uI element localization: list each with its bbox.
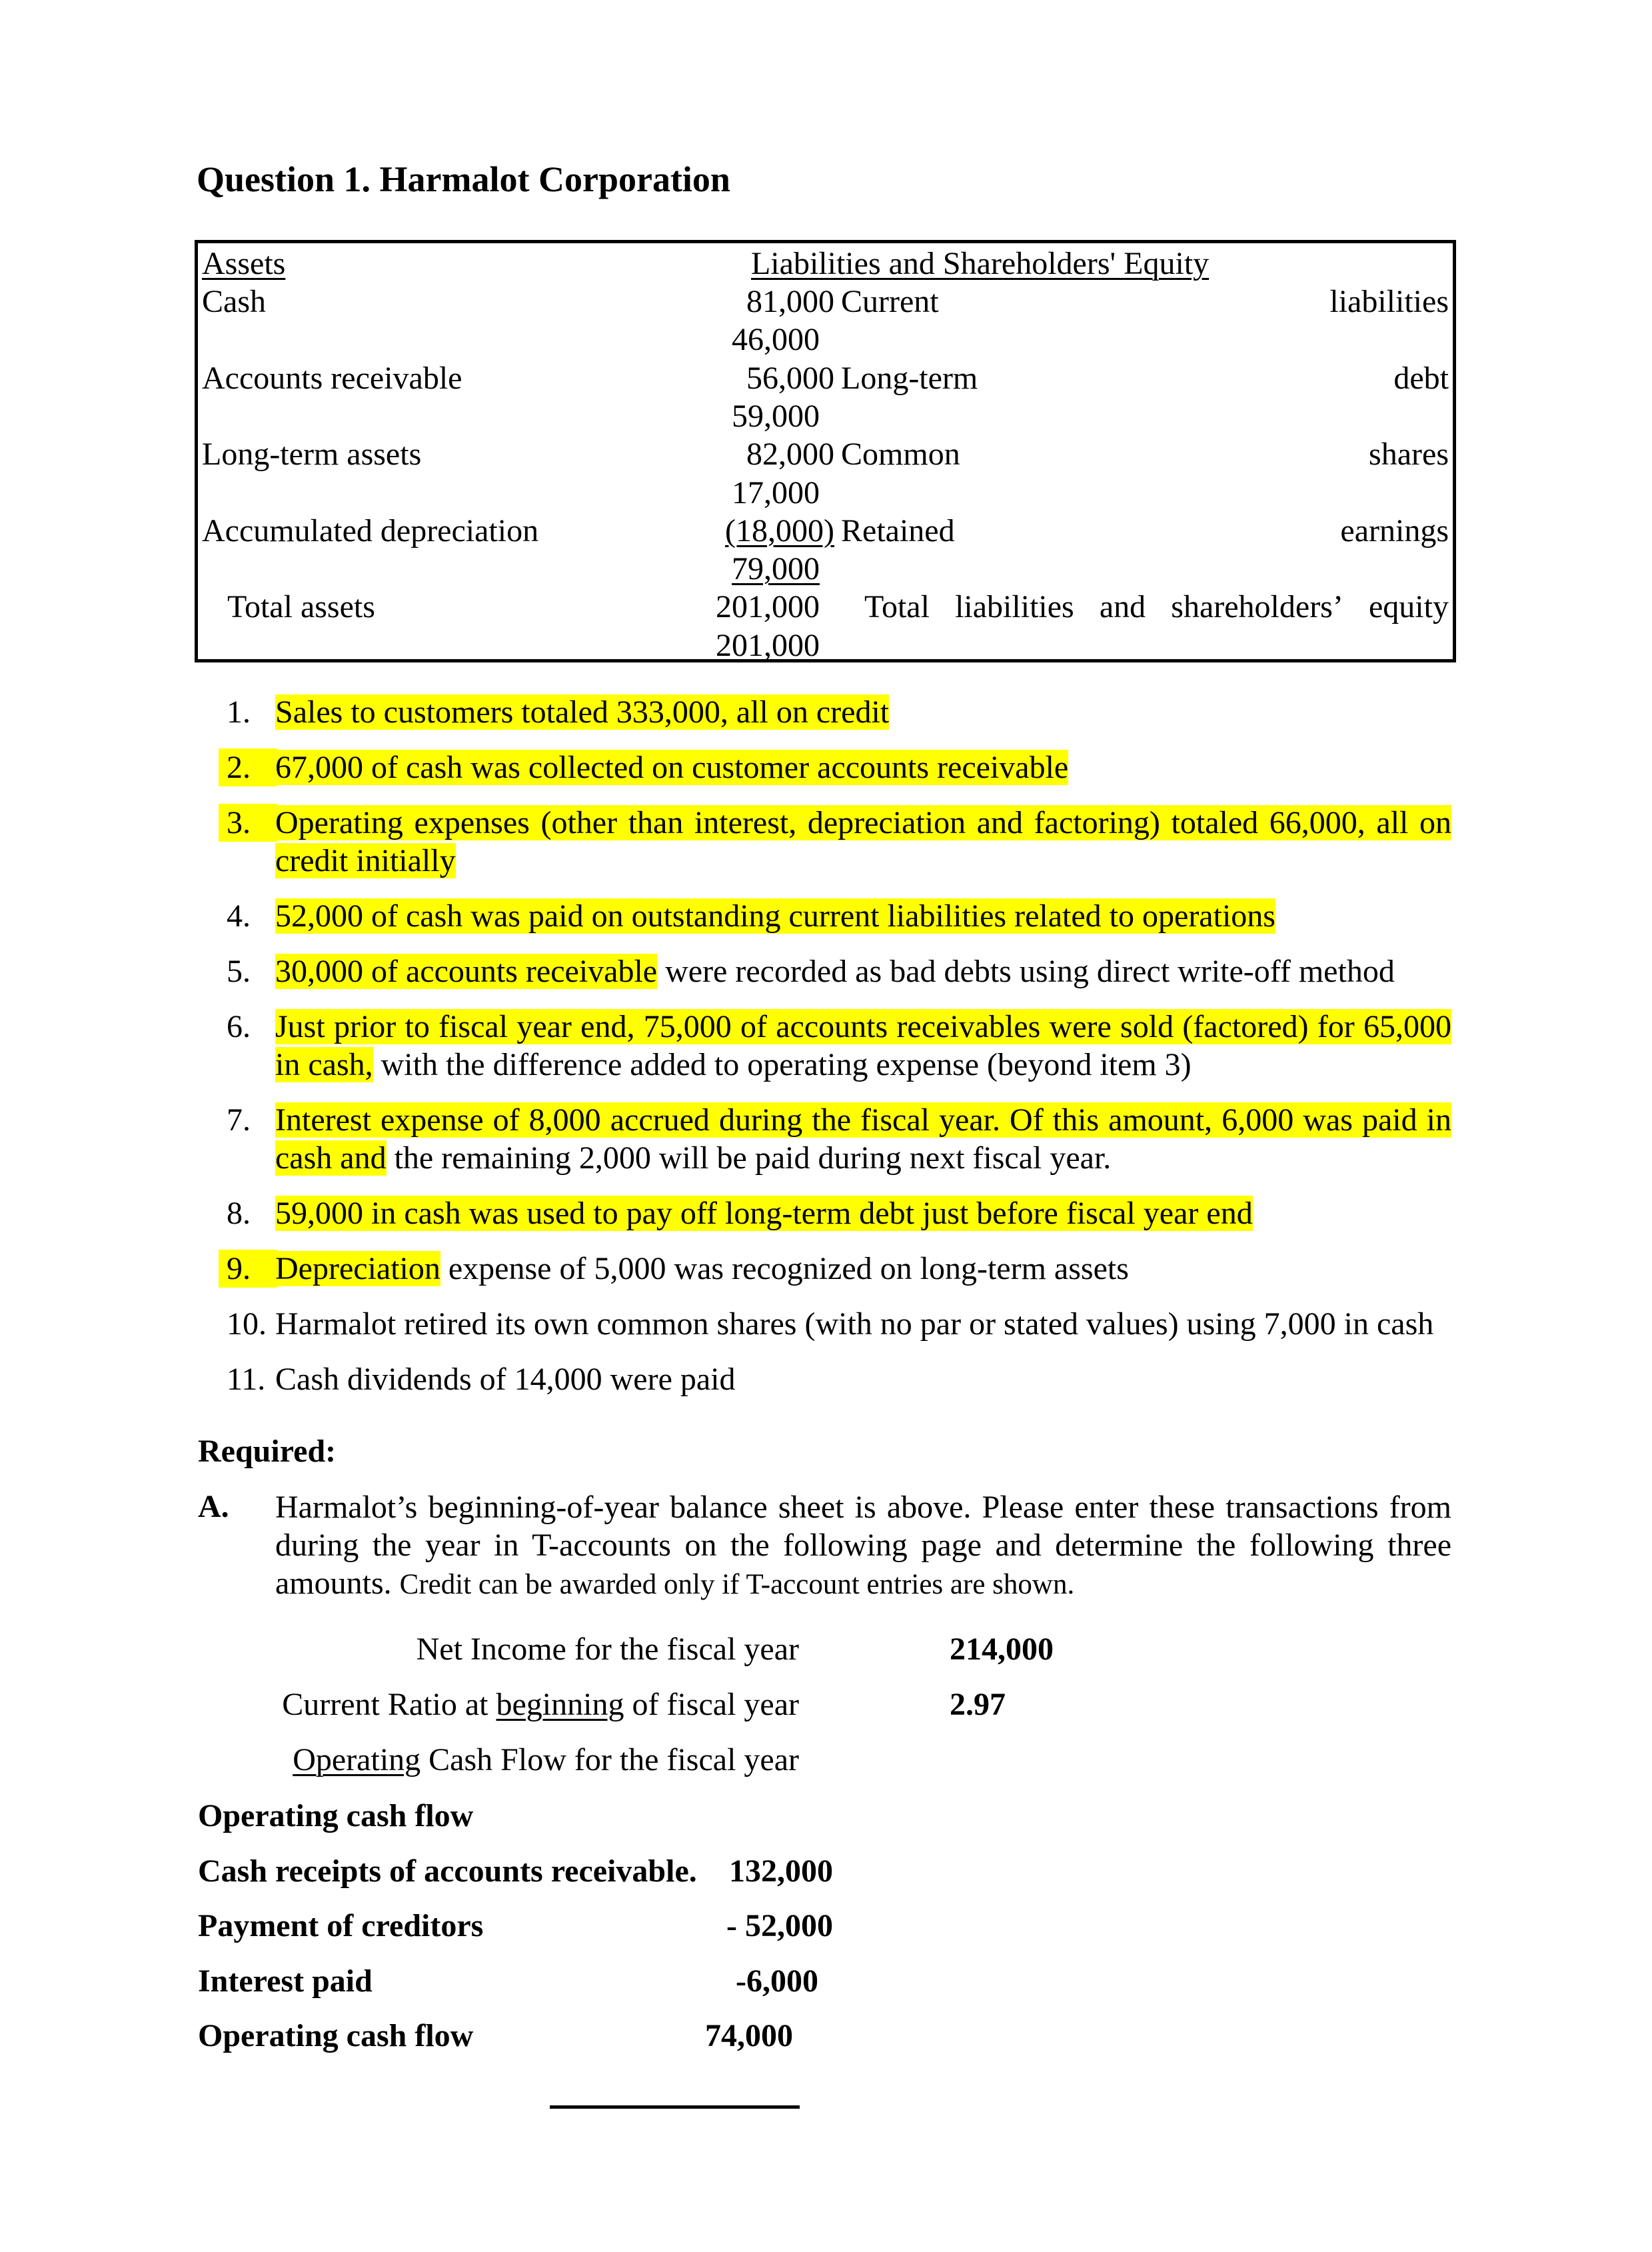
ocf-row-label: Payment of creditors bbox=[198, 1907, 483, 1944]
list-item-number: 5. bbox=[227, 952, 251, 990]
ocf-row-label: Interest paid bbox=[198, 1963, 373, 1999]
ocf-row-value: 132,000 bbox=[729, 1853, 833, 1889]
answer-label-text: Current Ratio at bbox=[282, 1687, 496, 1722]
list-item-number: 9. bbox=[219, 1250, 277, 1288]
balance-sheet-total-row-continued: 201,000 bbox=[198, 626, 1453, 664]
liability-label-first: Long-term bbox=[841, 359, 978, 397]
asset-amount: 82,000 bbox=[746, 435, 834, 473]
part-a-label: A. bbox=[198, 1488, 229, 1525]
highlighted-text: 67,000 of cash was collected on customer… bbox=[275, 750, 1068, 785]
list-item-rest: Cash dividends of 14,000 were paid bbox=[275, 1362, 736, 1397]
total-liabilities-label: Totalliabilitiesandshareholders’equity bbox=[864, 588, 1449, 626]
list-item-number: 3. bbox=[219, 804, 277, 842]
list-item-number: 11. bbox=[227, 1360, 265, 1398]
list-item-number: 4. bbox=[227, 897, 251, 935]
liability-label-first: Current bbox=[841, 283, 939, 321]
list-item-text: Cash dividends of 14,000 were paid bbox=[275, 1360, 1451, 1398]
list-item-number: 10. bbox=[227, 1305, 267, 1343]
total-assets-label: Total assets bbox=[227, 588, 375, 626]
part-a-text: Harmalot’s beginning-of-year balance she… bbox=[275, 1488, 1451, 1604]
answer-label-text: of fiscal year bbox=[624, 1687, 799, 1722]
total-assets-amount: 201,000 bbox=[716, 588, 820, 626]
answer-label: Operating Cash Flow for the fiscal year bbox=[293, 1741, 799, 1778]
list-item-rest: expense of 5,000 was recognized on long-… bbox=[440, 1251, 1129, 1286]
list-item-text: Interest expense of 8,000 accrued during… bbox=[275, 1101, 1451, 1177]
list-item-text: Sales to customers totaled 333,000, all … bbox=[275, 693, 1451, 731]
balance-sheet-row-continued: 46,000 bbox=[198, 321, 1453, 359]
balance-sheet-row: Cash81,000Currentliabilities bbox=[198, 283, 1453, 321]
liability-label-last: debt bbox=[1393, 359, 1449, 397]
list-item-text: Harmalot retired its own common shares (… bbox=[275, 1305, 1451, 1343]
total-liabilities-word: equity bbox=[1369, 588, 1449, 626]
list-item-text: Operating expenses (other than interest,… bbox=[275, 804, 1451, 880]
liability-amount: 17,000 bbox=[732, 474, 820, 512]
liability-amount: 46,000 bbox=[732, 321, 820, 359]
liability-label-last: liabilities bbox=[1329, 283, 1449, 321]
answer-label-text: Net Income for the fiscal year bbox=[416, 1632, 799, 1667]
list-item-number: 1. bbox=[227, 693, 251, 731]
page-title: Question 1. Harmalot Corporation bbox=[197, 159, 730, 200]
list-item-text: 30,000 of accounts receivable were recor… bbox=[275, 952, 1451, 990]
answer-rule bbox=[550, 2105, 800, 2109]
list-item-rest: the remaining 2,000 will be paid during … bbox=[387, 1140, 1112, 1176]
asset-amount: (18,000) bbox=[725, 512, 834, 550]
liabilities-header: Liabilities and Shareholders' Equity bbox=[751, 245, 1209, 283]
answer-label-emphasis: Operating bbox=[293, 1742, 420, 1777]
balance-sheet: Assets Liabilities and Shareholders' Equ… bbox=[195, 240, 1456, 662]
list-item-text: Just prior to fiscal year end, 75,000 of… bbox=[275, 1008, 1451, 1084]
asset-label: Accumulated depreciation bbox=[202, 512, 538, 550]
highlighted-text: 59,000 in cash was used to pay off long-… bbox=[275, 1196, 1253, 1231]
part-a-note: Credit can be awarded only if T-account … bbox=[400, 1569, 1075, 1600]
balance-sheet-row-continued: 79,000 bbox=[198, 550, 1453, 588]
list-item-number: 8. bbox=[227, 1194, 251, 1232]
liability-label-first: Common bbox=[841, 435, 960, 473]
total-liabilities-word: and bbox=[1100, 588, 1146, 626]
answer-label: Net Income for the fiscal year bbox=[416, 1631, 799, 1668]
liability-label-first: Retained bbox=[841, 512, 955, 550]
highlighted-text: 30,000 of accounts receivable bbox=[275, 954, 657, 989]
ocf-heading: Operating cash flow bbox=[198, 1797, 473, 1834]
assets-header: Assets bbox=[202, 245, 285, 283]
liability-label-last: shares bbox=[1369, 435, 1449, 473]
ocf-row-label: Operating cash flow bbox=[198, 2017, 473, 2054]
balance-sheet-header: Assets Liabilities and Shareholders' Equ… bbox=[198, 245, 1453, 283]
highlighted-text: Operating expenses (other than interest,… bbox=[275, 805, 1451, 878]
liability-amount: 79,000 bbox=[732, 550, 820, 588]
balance-sheet-total-row: Total assets201,000Totalliabilitiesandsh… bbox=[198, 588, 1453, 626]
list-item-rest: Harmalot retired its own common shares (… bbox=[275, 1306, 1433, 1342]
list-item-number: 6. bbox=[227, 1008, 251, 1046]
total-liabilities-amount: 201,000 bbox=[716, 626, 820, 664]
answer-value: 2.97 bbox=[950, 1686, 1006, 1723]
answer-label-emphasis: beginning bbox=[496, 1687, 624, 1722]
list-item-text: Depreciation expense of 5,000 was recogn… bbox=[275, 1250, 1451, 1288]
list-item-text: 59,000 in cash was used to pay off long-… bbox=[275, 1194, 1451, 1232]
ocf-row-value: - 52,000 bbox=[726, 1907, 833, 1944]
liability-label-last: earnings bbox=[1340, 512, 1449, 550]
asset-label: Cash bbox=[202, 283, 266, 321]
answer-label: Current Ratio at beginning of fiscal yea… bbox=[282, 1686, 799, 1723]
list-item-text: 67,000 of cash was collected on customer… bbox=[275, 748, 1451, 786]
liability-amount: 59,000 bbox=[732, 397, 820, 435]
ocf-row-label: Cash receipts of accounts receivable. bbox=[198, 1853, 697, 1889]
list-item-rest: were recorded as bad debts using direct … bbox=[657, 954, 1395, 989]
asset-label: Long-term assets bbox=[202, 435, 421, 473]
balance-sheet-row: Accumulated depreciation(18,000)Retained… bbox=[198, 512, 1453, 550]
ocf-row-value: -6,000 bbox=[736, 1963, 818, 1999]
highlighted-text: Sales to customers totaled 333,000, all … bbox=[275, 694, 889, 730]
list-item-number: 2. bbox=[219, 748, 277, 786]
balance-sheet-row: Long-term assets82,000Commonshares bbox=[198, 435, 1453, 473]
highlighted-text: Depreciation bbox=[275, 1251, 440, 1286]
total-liabilities-word: liabilities bbox=[955, 588, 1074, 626]
list-item-text: 52,000 of cash was paid on outstanding c… bbox=[275, 897, 1451, 935]
asset-amount: 56,000 bbox=[746, 359, 834, 397]
ocf-row-value: 74,000 bbox=[705, 2017, 793, 2054]
list-item-rest: with the difference added to operating e… bbox=[373, 1047, 1192, 1082]
total-liabilities-word: Total bbox=[864, 588, 930, 626]
total-liabilities-word: shareholders’ bbox=[1171, 588, 1343, 626]
asset-amount: 81,000 bbox=[746, 283, 834, 321]
asset-label: Accounts receivable bbox=[202, 359, 462, 397]
balance-sheet-row-continued: 17,000 bbox=[198, 474, 1453, 512]
required-heading: Required: bbox=[198, 1433, 336, 1470]
answer-label-text: Cash Flow for the fiscal year bbox=[420, 1742, 799, 1777]
answer-value: 214,000 bbox=[950, 1631, 1054, 1668]
highlighted-text: 52,000 of cash was paid on outstanding c… bbox=[275, 898, 1275, 934]
balance-sheet-row-continued: 59,000 bbox=[198, 397, 1453, 435]
list-item-number: 7. bbox=[227, 1101, 251, 1139]
balance-sheet-row: Accounts receivable56,000Long-termdebt bbox=[198, 359, 1453, 397]
